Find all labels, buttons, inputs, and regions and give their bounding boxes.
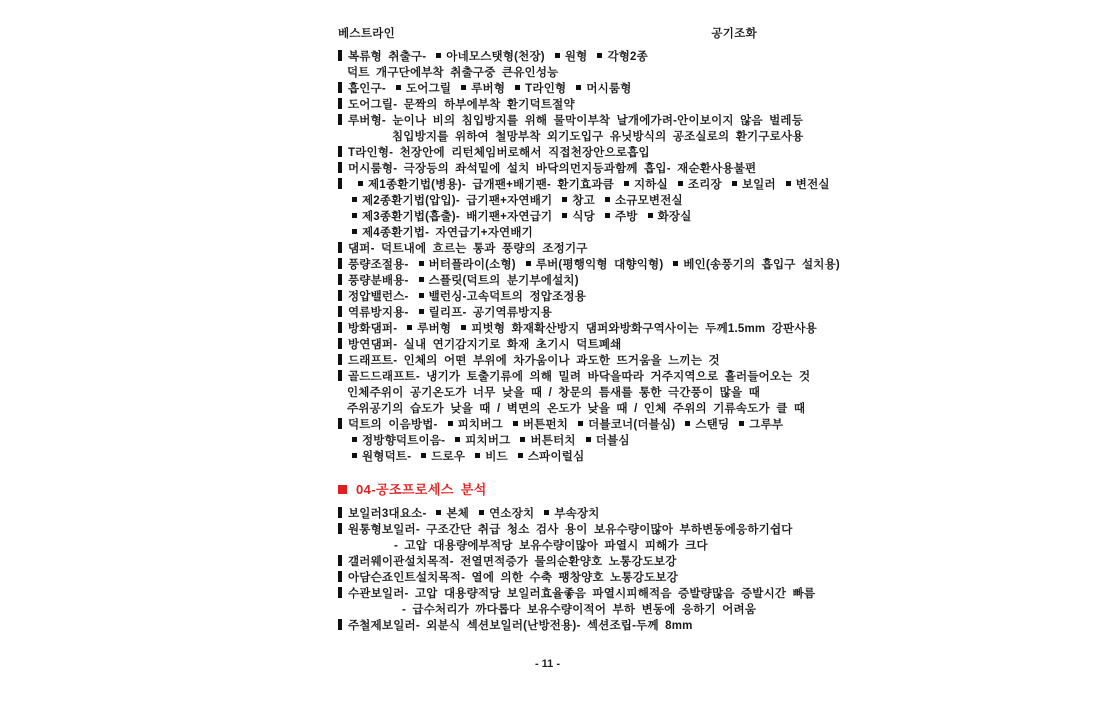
line-segment: - 고압 대용량에부적당 보유수량이많아 파열시 피해가 크다 [394, 540, 708, 552]
doc-line: 정압밸런스-밸런싱-고속덕트의 정압조정용 [338, 289, 798, 305]
line-text: 비드 [485, 451, 508, 463]
line-text: 머시룸형 [586, 83, 631, 95]
line-text: 창고 [572, 195, 595, 207]
line-text: 연소장치 [489, 508, 534, 520]
line-segment: 드로우 [421, 451, 465, 463]
line-segment: 침입방지를 위하여 철망부착 외기도입구 유닛방식의 공조실로의 환기구로사용 [392, 131, 804, 143]
doc-line: 정방향덕트이음-피치버그버튼터치더블심 [352, 433, 798, 449]
doc-line: - 고압 대용량에부적당 보유수량이많아 파열시 피해가 크다 [394, 538, 798, 554]
line-text: 제2종환기법(압입)- 급기팬+자연배기 [362, 195, 552, 207]
bullet-icon [338, 571, 342, 582]
doc-line: 인체주위이 공기온도가 너무 낮을 때 / 창문의 틈새를 통한 극간풍이 많을… [347, 385, 798, 401]
line-segment: 그루부 [739, 419, 783, 431]
sub-bullet-icon [562, 197, 567, 202]
line-segment: 도어그릴 [396, 83, 451, 95]
line-segment: 풍량분배용- [338, 275, 409, 287]
line-segment: 스플릿(덕트의 분기부에설치) [419, 275, 579, 287]
line-segment: 피치버그 [448, 419, 503, 431]
doc-line: 덕트의 이음방법-피치버그버튼펀치더블코너(더블심)스탠딩그루부 [338, 417, 798, 433]
line-text: 피치버그 [465, 435, 510, 447]
line-text: - 고압 대용량에부적당 보유수량이많아 파열시 피해가 크다 [394, 540, 708, 552]
line-segment: 풍량조절용- [338, 259, 409, 271]
line-text: 원형덕트- [362, 451, 411, 463]
line-text: 제1종환기법(병용)- 급개팬+배기팬- 환기효과큼 [368, 179, 614, 191]
sub-bullet-icon [624, 181, 629, 186]
line-segment: 루버형 [461, 83, 505, 95]
line-segment: 보일러3대요소- [338, 508, 426, 520]
line-text: 복류형 취출구- [348, 51, 426, 63]
sub-bullet-icon [732, 181, 737, 186]
line-text: 댐퍼- 덕트내에 흐르는 통과 풍량의 조정기구 [348, 243, 588, 255]
line-segment: 보일러 [732, 179, 776, 191]
line-text: 루버(평행익형 대향익형) [536, 259, 664, 271]
line-text: 루버형 [417, 323, 451, 335]
sub-bullet-icon [455, 437, 460, 442]
line-segment: 정압밸런스- [338, 291, 409, 303]
line-text: 피치버그 [458, 419, 503, 431]
line-text: 버터플라이(소형) [429, 259, 516, 271]
line-text: 루버형- 눈이나 비의 침입방지를 위해 물막이부착 날개에가려-안이보이지 않… [348, 115, 803, 127]
sub-bullet-icon [461, 85, 466, 90]
line-text: 버튼펀치 [523, 419, 568, 431]
sub-bullet-icon [586, 437, 591, 442]
line-text: 원통형보일러- 구조간단 취급 청소 검사 용이 보유수량이많아 부하변동에응하… [348, 524, 793, 536]
bullet-icon [338, 242, 342, 253]
line-segment: T라인형- 천장안에 리턴체임버로해서 직접천장안으로흡입 [338, 147, 650, 159]
line-text: 더블코너(더블심) [588, 419, 675, 431]
sub-bullet-icon [576, 85, 581, 90]
sub-bullet-icon [578, 421, 583, 426]
line-text: 루버형 [471, 83, 505, 95]
line-segment: 제3종환기법(흡출)- 배기팬+자연급기 [352, 211, 552, 223]
line-segment: 방화댐퍼- [338, 323, 397, 335]
line-segment: 밸런싱-고속덕트의 정압조정용 [419, 291, 586, 303]
line-segment: 흡인구- [338, 83, 386, 95]
doc-line: 골드드래프트- 냉기가 토출기류에 의해 밀려 바닥을따라 거주지역으로 흘러들… [338, 369, 798, 385]
line-segment: 주철제보일러- 외분식 섹션보일러(난방전용)- 섹션조립-두께 8mm [338, 620, 693, 632]
line-text: 그루부 [749, 419, 783, 431]
line-segment: 아네모스탯형(천장) [436, 51, 545, 63]
line-segment: 골드드래프트- 냉기가 토출기류에 의해 밀려 바닥을따라 거주지역으로 흘러들… [338, 371, 810, 383]
sub-bullet-icon [352, 229, 357, 234]
line-text: 변전실 [796, 179, 830, 191]
line-segment: 지하실 [624, 179, 668, 191]
line-segment [338, 179, 348, 191]
line-text: 흡인구- [348, 83, 386, 95]
sub-bullet-icon [605, 213, 610, 218]
line-text: 더블심 [596, 435, 630, 447]
sub-bullet-icon [448, 421, 453, 426]
bullet-icon [338, 98, 342, 109]
line-text: 덕트의 이음방법- [348, 419, 438, 431]
line-segment: 버튼터치 [520, 435, 575, 447]
doc-line: 드래프트- 인체의 어떤 부위에 차가움이나 과도한 뜨거움을 느끼는 것 [338, 353, 798, 369]
doc-line: 제3종환기법(흡출)- 배기팬+자연급기식당주방화장실 [352, 209, 798, 225]
sub-bullet-icon [436, 53, 441, 58]
doc-line: 덕트 개구단에부착 취출구중 큰유인성능 [347, 65, 798, 81]
sub-bullet-icon [520, 437, 525, 442]
sub-bullet-icon [555, 53, 560, 58]
line-segment: 베인(송풍기의 흡입구 설치용) [673, 259, 840, 271]
bullet-icon [338, 306, 342, 317]
line-segment: 창고 [562, 195, 595, 207]
sub-bullet-icon [436, 510, 441, 515]
bullet-icon [338, 290, 342, 301]
doc-line: 도어그릴- 문짝의 하부에부착 환기덕트절약 [338, 97, 798, 113]
line-segment: 수관보일러- 고압 대용량적당 보일러효율좋음 파열시피해적음 증발량많음 증발… [338, 588, 815, 600]
doc-line: 복류형 취출구-아네모스탯형(천장)원형각형2종 [338, 49, 798, 65]
line-segment: 정방향덕트이음- [352, 435, 445, 447]
line-segment: 루버(평행익형 대향익형) [526, 259, 664, 271]
line-segment: 주위공기의 습도가 낮을 때 / 벽면의 온도가 낮을 때 / 인체 주위의 기… [347, 403, 805, 415]
document-body: 복류형 취출구-아네모스탯형(천장)원형각형2종덕트 개구단에부착 취출구중 큰… [338, 49, 798, 634]
line-text: 피벗형 화재확산방지 댐퍼와방화구역사이는 두께1.5mm 강판사용 [471, 323, 817, 335]
line-segment: 갤러웨이관설치목적- 전열면적증가 물의순환양호 노통강도보강 [338, 556, 677, 568]
sub-bullet-icon [419, 261, 424, 266]
sub-bullet-icon [544, 510, 549, 515]
line-segment: - 급수처리가 까다롭다 보유수량이적어 부하 변동에 응하기 어려움 [402, 604, 756, 616]
doc-line: T라인형- 천장안에 리턴체임버로해서 직접천장안으로흡입 [338, 145, 798, 161]
line-text: 역류방지용- [348, 307, 409, 319]
line-segment: 식당 [562, 211, 595, 223]
line-text: 머시룸형- 극장등의 좌석밑에 설치 바닥의먼지등과함께 흡입- 재순환사용불편 [348, 163, 756, 175]
line-segment: 원형덕트- [352, 451, 411, 463]
sub-bullet-icon [419, 309, 424, 314]
line-text: 인체주위이 공기온도가 너무 낮을 때 / 창문의 틈새를 통한 극간풍이 많을… [347, 387, 760, 399]
line-segment: 스파이럴심 [518, 451, 585, 463]
line-segment: 조리장 [678, 179, 722, 191]
sub-bullet-icon [515, 85, 520, 90]
sub-bullet-icon [562, 213, 567, 218]
line-text: 제4종환기법- 자연급기+자연배기 [362, 227, 533, 239]
bullet-icon [338, 418, 342, 429]
line-segment: 변전실 [786, 179, 830, 191]
line-segment: 루버형 [407, 323, 451, 335]
sub-bullet-icon [352, 197, 357, 202]
bullet-icon [338, 555, 342, 566]
sub-bullet-icon [479, 510, 484, 515]
sub-bullet-icon [419, 277, 424, 282]
line-text: 스파이럴심 [528, 451, 585, 463]
bullet-icon [338, 507, 342, 518]
sub-bullet-icon [605, 197, 610, 202]
bullet-icon [338, 619, 342, 630]
bullet-icon [338, 370, 342, 381]
line-segment: 본체 [436, 508, 469, 520]
doc-line: 풍량조절용-버터플라이(소형)루버(평행익형 대향익형)베인(송풍기의 흡입구 … [338, 257, 798, 273]
line-text: 아담슨죠인트설치목적- 열에 의한 수축 팽창양호 노통강도보강 [348, 572, 678, 584]
sub-bullet-icon [396, 85, 401, 90]
line-text: 소규모변전실 [615, 195, 683, 207]
line-segment: 방연댐퍼- 실내 연기감지기로 화재 초기시 덕트폐쇄 [338, 339, 622, 351]
line-segment: 덕트 개구단에부착 취출구중 큰유인성능 [347, 67, 558, 79]
line-segment: 비드 [475, 451, 508, 463]
doc-line: - 급수처리가 까다롭다 보유수량이적어 부하 변동에 응하기 어려움 [402, 602, 798, 618]
bullet-icon [338, 523, 342, 534]
bullet-icon [338, 354, 342, 365]
doc-line: 풍량분배용-스플릿(덕트의 분기부에설치) [338, 273, 798, 289]
sub-bullet-icon [358, 181, 363, 186]
line-text: 각형2종 [607, 51, 648, 63]
line-segment: 연소장치 [479, 508, 534, 520]
line-segment: 댐퍼- 덕트내에 흐르는 통과 풍량의 조정기구 [338, 243, 588, 255]
line-text: 정압밸런스- [348, 291, 409, 303]
line-text: 원형 [565, 51, 588, 63]
line-text: 방화댐퍼- [348, 323, 397, 335]
bullet-icon [338, 338, 342, 349]
bullet-icon [338, 114, 342, 125]
doc-line: 제2종환기법(압입)- 급기팬+자연배기창고소규모변전실 [352, 193, 798, 209]
sub-bullet-icon [352, 437, 357, 442]
line-text: 식당 [572, 211, 595, 223]
line-text: 풍량분배용- [348, 275, 409, 287]
line-text: 침입방지를 위하여 철망부착 외기도입구 유닛방식의 공조실로의 환기구로사용 [392, 131, 804, 143]
document-header: 베스트라인 공기조화 [338, 25, 757, 41]
document-page: 베스트라인 공기조화 복류형 취출구-아네모스탯형(천장)원형각형2종덕트 개구… [0, 0, 1100, 705]
doc-line: 원통형보일러- 구조간단 취급 청소 검사 용이 보유수량이많아 부하변동에응하… [338, 522, 798, 538]
doc-line: 댐퍼- 덕트내에 흐르는 통과 풍량의 조정기구 [338, 241, 798, 257]
line-text: 부속장치 [554, 508, 599, 520]
line-text: T라인형- 천장안에 리턴체임버로해서 직접천장안으로흡입 [348, 147, 650, 159]
sub-bullet-icon [513, 421, 518, 426]
line-segment: 버터플라이(소형) [419, 259, 516, 271]
sub-bullet-icon [678, 181, 683, 186]
sub-bullet-icon [421, 453, 426, 458]
line-segment: 릴리프- 공기역류방지용 [419, 307, 553, 319]
line-text: 정방향덕트이음- [362, 435, 445, 447]
line-text: 골드드래프트- 냉기가 토출기류에 의해 밀려 바닥을따라 거주지역으로 흘러들… [348, 371, 810, 383]
line-segment: 제4종환기법- 자연급기+자연배기 [352, 227, 533, 239]
line-segment: 원통형보일러- 구조간단 취급 청소 검사 용이 보유수량이많아 부하변동에응하… [338, 524, 793, 536]
line-text: 드로우 [431, 451, 465, 463]
line-segment: T라인형 [515, 83, 566, 95]
sub-bullet-icon [461, 325, 466, 330]
line-segment: 루버형- 눈이나 비의 침입방지를 위해 물막이부착 날개에가려-안이보이지 않… [338, 115, 803, 127]
line-text: T라인형 [525, 83, 566, 95]
line-text: 스플릿(덕트의 분기부에설치) [429, 275, 579, 287]
line-text: 덕트 개구단에부착 취출구중 큰유인성능 [347, 67, 558, 79]
doc-line: 흡인구-도어그릴루버형T라인형머시룸형 [338, 81, 798, 97]
line-text: 릴리프- 공기역류방지용 [429, 307, 553, 319]
line-segment: 화장실 [648, 211, 692, 223]
line-text: 보일러 [742, 179, 776, 191]
bullet-icon [338, 178, 342, 189]
sub-bullet-icon [419, 293, 424, 298]
line-text: - 급수처리가 까다롭다 보유수량이적어 부하 변동에 응하기 어려움 [402, 604, 756, 616]
line-segment: 버튼펀치 [513, 419, 568, 431]
line-text: 풍량조절용- [348, 259, 409, 271]
doc-line: 주위공기의 습도가 낮을 때 / 벽면의 온도가 낮을 때 / 인체 주위의 기… [347, 401, 798, 417]
sub-bullet-icon [739, 421, 744, 426]
doc-line: 루버형- 눈이나 비의 침입방지를 위해 물막이부착 날개에가려-안이보이지 않… [338, 113, 798, 129]
sub-bullet-icon [685, 421, 690, 426]
line-text: 보일러3대요소- [348, 508, 426, 520]
line-text: 화장실 [658, 211, 692, 223]
doc-line: 원형덕트-드로우비드스파이럴심 [352, 449, 798, 465]
line-text: 수관보일러- 고압 대용량적당 보일러효율좋음 파열시피해적음 증발량많음 증발… [348, 588, 815, 600]
sub-bullet-icon [352, 213, 357, 218]
doc-line: 제1종환기법(병용)- 급개팬+배기팬- 환기효과큼지하실조리장보일러변전실 [338, 177, 798, 193]
doc-line: 아담슨죠인트설치목적- 열에 의한 수축 팽창양호 노통강도보강 [338, 570, 798, 586]
sub-bullet-icon [475, 453, 480, 458]
sub-bullet-icon [526, 261, 531, 266]
line-segment: 더블코너(더블심) [578, 419, 675, 431]
line-text: 주철제보일러- 외분식 섹션보일러(난방전용)- 섹션조립-두께 8mm [348, 620, 693, 632]
line-text: 지하실 [634, 179, 668, 191]
section-heading: 04-공조프로세스 분석 [338, 482, 798, 502]
line-text: 도어그릴- 문짝의 하부에부착 환기덕트절약 [348, 99, 575, 111]
line-segment: 원형 [555, 51, 588, 63]
line-text: 제3종환기법(흡출)- 배기팬+자연급기 [362, 211, 552, 223]
bullet-icon [338, 322, 342, 333]
bullet-icon [338, 258, 342, 269]
sub-bullet-icon [597, 53, 602, 58]
sub-bullet-icon [786, 181, 791, 186]
line-segment: 역류방지용- [338, 307, 409, 319]
header-right-title: 공기조화 [711, 25, 757, 41]
page-number: - 11 - [338, 658, 757, 670]
line-text: 조리장 [688, 179, 722, 191]
line-text: 스탠딩 [695, 419, 729, 431]
heading-bullet-icon [338, 485, 347, 494]
line-text: 밸런싱-고속덕트의 정압조정용 [429, 291, 586, 303]
doc-line: 역류방지용-릴리프- 공기역류방지용 [338, 305, 798, 321]
doc-line: 제4종환기법- 자연급기+자연배기 [352, 225, 798, 241]
line-text: 드래프트- 인체의 어떤 부위에 차가움이나 과도한 뜨거움을 느끼는 것 [348, 355, 720, 367]
line-text: 방연댐퍼- 실내 연기감지기로 화재 초기시 덕트폐쇄 [348, 339, 622, 351]
line-segment: 각형2종 [597, 51, 648, 63]
doc-line: 방화댐퍼-루버형피벗형 화재확산방지 댐퍼와방화구역사이는 두께1.5mm 강판… [338, 321, 798, 337]
bullet-icon [338, 274, 342, 285]
line-text: 04-공조프로세스 분석 [356, 482, 487, 497]
sub-bullet-icon [518, 453, 523, 458]
line-text: 갤러웨이관설치목적- 전열면적증가 물의순환양호 노통강도보강 [348, 556, 677, 568]
doc-line: 침입방지를 위하여 철망부착 외기도입구 유닛방식의 공조실로의 환기구로사용 [392, 129, 798, 145]
line-segment: 머시룸형- 극장등의 좌석밑에 설치 바닥의먼지등과함께 흡입- 재순환사용불편 [338, 163, 756, 175]
line-segment: 더블심 [586, 435, 630, 447]
doc-line: 방연댐퍼- 실내 연기감지기로 화재 초기시 덕트폐쇄 [338, 337, 798, 353]
line-segment: 소규모변전실 [605, 195, 683, 207]
doc-line: 수관보일러- 고압 대용량적당 보일러효율좋음 파열시피해적음 증발량많음 증발… [338, 586, 798, 602]
bullet-icon [338, 162, 342, 173]
doc-line: 주철제보일러- 외분식 섹션보일러(난방전용)- 섹션조립-두께 8mm [338, 618, 798, 634]
line-segment: 복류형 취출구- [338, 51, 426, 63]
line-segment: 피치버그 [455, 435, 510, 447]
line-text: 도어그릴 [406, 83, 451, 95]
line-segment: 도어그릴- 문짝의 하부에부착 환기덕트절약 [338, 99, 575, 111]
sub-bullet-icon [407, 325, 412, 330]
line-text: 주위공기의 습도가 낮을 때 / 벽면의 온도가 낮을 때 / 인체 주위의 기… [347, 403, 805, 415]
doc-line: 머시룸형- 극장등의 좌석밑에 설치 바닥의먼지등과함께 흡입- 재순환사용불편 [338, 161, 798, 177]
line-segment: 04-공조프로세스 분석 [338, 482, 487, 497]
line-text: 베인(송풍기의 흡입구 설치용) [683, 259, 840, 271]
line-segment: 머시룸형 [576, 83, 631, 95]
line-segment: 드래프트- 인체의 어떤 부위에 차가움이나 과도한 뜨거움을 느끼는 것 [338, 355, 720, 367]
line-segment: 덕트의 이음방법- [338, 419, 438, 431]
line-segment: 제2종환기법(압입)- 급기팬+자연배기 [352, 195, 552, 207]
line-text: 본체 [446, 508, 469, 520]
sub-bullet-icon [648, 213, 653, 218]
sub-bullet-icon [352, 453, 357, 458]
doc-line: 갤러웨이관설치목적- 전열면적증가 물의순환양호 노통강도보강 [338, 554, 798, 570]
bullet-icon [338, 82, 342, 93]
line-segment: 아담슨죠인트설치목적- 열에 의한 수축 팽창양호 노통강도보강 [338, 572, 678, 584]
line-text: 버튼터치 [530, 435, 575, 447]
line-segment: 인체주위이 공기온도가 너무 낮을 때 / 창문의 틈새를 통한 극간풍이 많을… [347, 387, 760, 399]
line-segment: 제1종환기법(병용)- 급개팬+배기팬- 환기효과큼 [358, 179, 614, 191]
bullet-icon [338, 587, 342, 598]
sub-bullet-icon [673, 261, 678, 266]
header-left-title: 베스트라인 [338, 25, 395, 41]
bullet-icon [338, 50, 342, 61]
doc-line: 보일러3대요소-본체연소장치부속장치 [338, 506, 798, 522]
bullet-icon [338, 146, 342, 157]
line-segment: 부속장치 [544, 508, 599, 520]
line-segment: 주방 [605, 211, 638, 223]
line-text: 아네모스탯형(천장) [446, 51, 545, 63]
line-segment: 피벗형 화재확산방지 댐퍼와방화구역사이는 두께1.5mm 강판사용 [461, 323, 817, 335]
line-text: 주방 [615, 211, 638, 223]
line-segment: 스탠딩 [685, 419, 729, 431]
